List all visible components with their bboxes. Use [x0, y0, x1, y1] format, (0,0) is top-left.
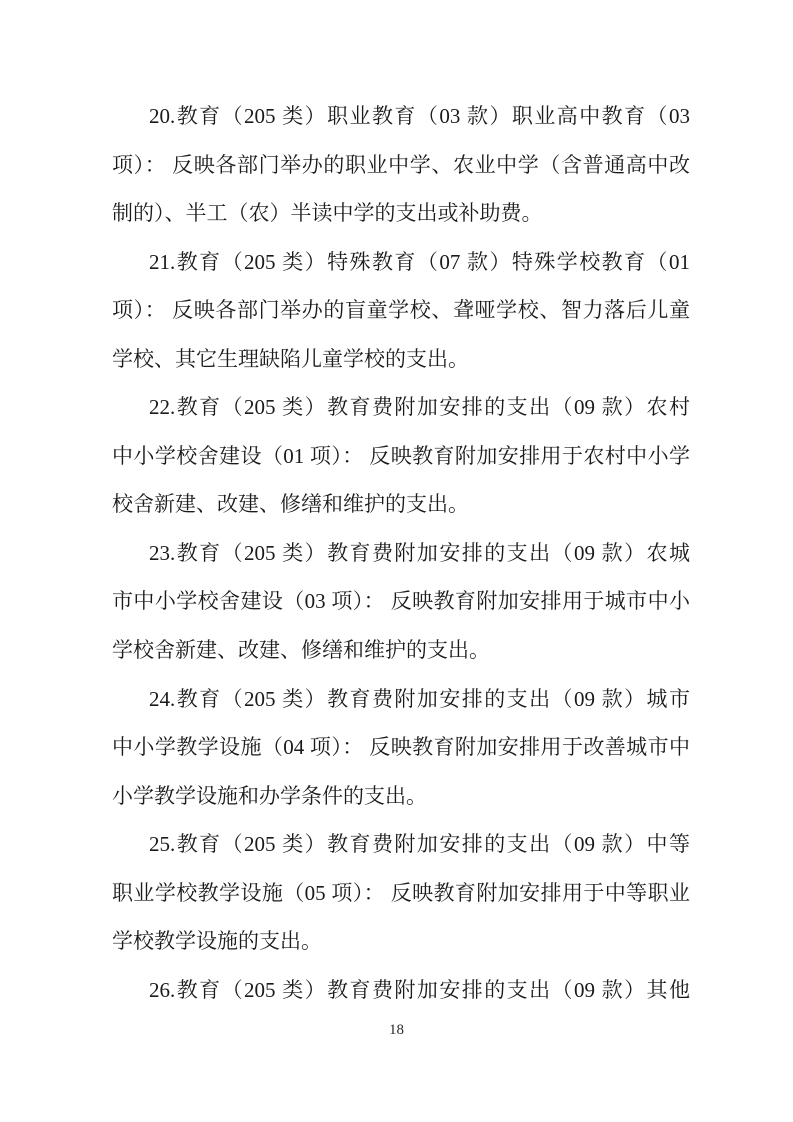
page-number: 18 — [0, 1020, 793, 1040]
text-block: 20.教育（205 类）职业教育（03 款）职业高中教育（03项）： 反映各部门… — [112, 92, 690, 1014]
paragraph-25-line-3: 学校教学设施的支出。 — [112, 917, 690, 966]
paragraph-25-line-1: 25.教育（205 类）教育费附加安排的支出（09 款）中等 — [112, 820, 690, 869]
paragraph-22-line-2: 中小学校舍建设（01 项）： 反映教育附加安排用于农村中小学 — [112, 432, 690, 481]
document-page: 20.教育（205 类）职业教育（03 款）职业高中教育（03项）： 反映各部门… — [0, 0, 793, 1122]
paragraph-20-line-3: 制的）、半工（农）半读中学的支出或补助费。 — [112, 189, 690, 238]
paragraph-23-line-2: 市中小学校舍建设（03 项）： 反映教育附加安排用于城市中小 — [112, 577, 690, 626]
paragraph-22-line-3: 校舍新建、改建、修缮和维护的支出。 — [112, 480, 690, 529]
paragraph-20-line-1: 20.教育（205 类）职业教育（03 款）职业高中教育（03 — [112, 92, 690, 141]
paragraph-24-line-3: 小学教学设施和办学条件的支出。 — [112, 772, 690, 821]
paragraph-24-line-1: 24.教育（205 类）教育费附加安排的支出（09 款）城市 — [112, 675, 690, 724]
paragraph-21-line-1: 21.教育（205 类）特殊教育（07 款）特殊学校教育（01 — [112, 238, 690, 287]
paragraph-22-line-1: 22.教育（205 类）教育费附加安排的支出（09 款）农村 — [112, 383, 690, 432]
paragraph-21-line-2: 项）： 反映各部门举办的盲童学校、聋哑学校、智力落后儿童 — [112, 286, 690, 335]
paragraph-20-line-2: 项）： 反映各部门举办的职业中学、农业中学（含普通高中改 — [112, 141, 690, 190]
paragraph-26-line-1: 26.教育（205 类）教育费附加安排的支出（09 款）其他 — [112, 966, 690, 1015]
paragraph-23-line-3: 学校舍新建、改建、修缮和维护的支出。 — [112, 626, 690, 675]
paragraph-23-line-1: 23.教育（205 类）教育费附加安排的支出（09 款）农城 — [112, 529, 690, 578]
paragraph-25-line-2: 职业学校教学设施（05 项）： 反映教育附加安排用于中等职业 — [112, 869, 690, 918]
paragraph-24-line-2: 中小学教学设施（04 项）： 反映教育附加安排用于改善城市中 — [112, 723, 690, 772]
paragraph-21-line-3: 学校、其它生理缺陷儿童学校的支出。 — [112, 335, 690, 384]
